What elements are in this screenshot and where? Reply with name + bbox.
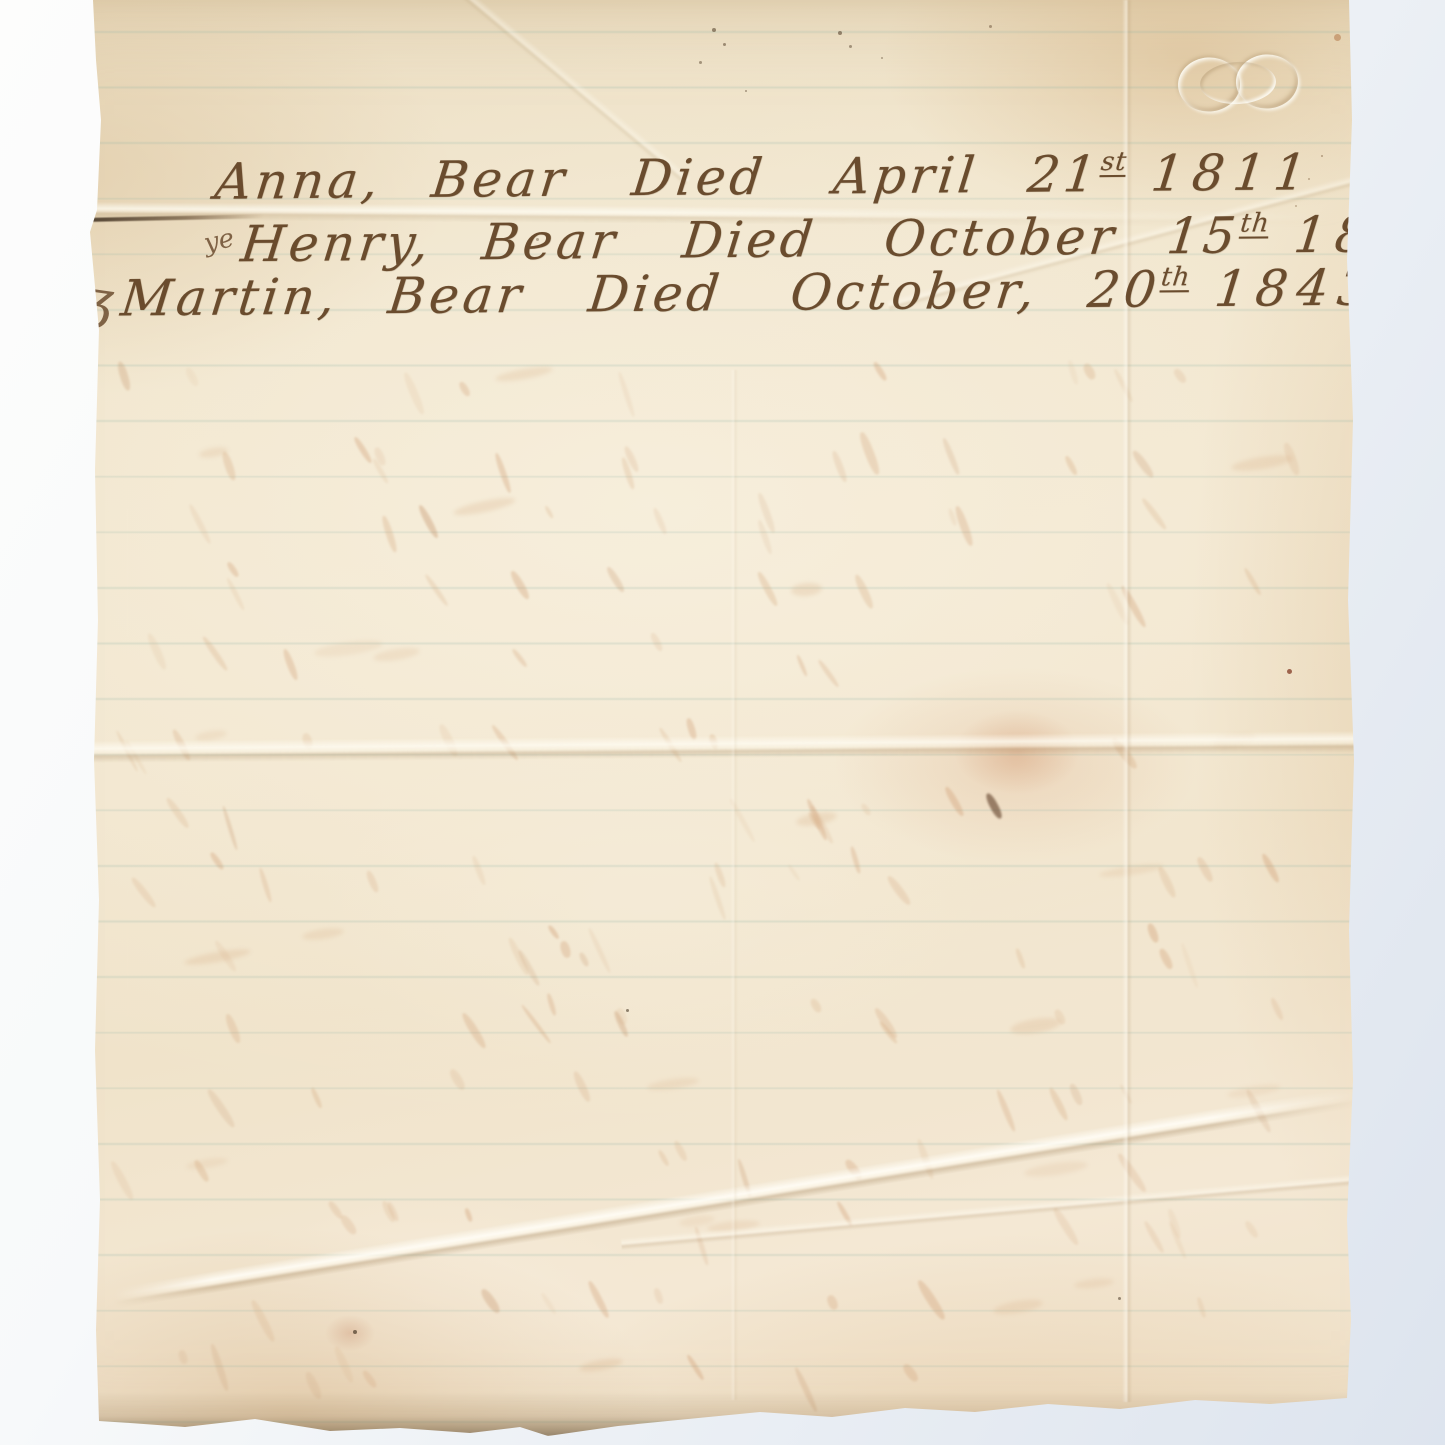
death-date: October 15: [881, 207, 1242, 268]
bleed-stroke: [1180, 942, 1200, 988]
bleed-stroke: [947, 508, 958, 527]
ink-speck: [723, 43, 726, 46]
bleed-stroke: [1269, 997, 1285, 1021]
bleed-stroke: [1196, 1297, 1207, 1319]
bleed-stroke: [825, 1294, 839, 1311]
bleed-stroke: [1068, 1082, 1085, 1106]
death-year: 1843: [1291, 205, 1445, 264]
bleed-stroke: [1140, 497, 1167, 530]
ink-speck: [849, 45, 852, 48]
bleed-stroke: [1064, 455, 1079, 476]
ink-speck: [745, 90, 747, 92]
bleed-stroke: [995, 1088, 1018, 1132]
bleed-stroke: [796, 654, 809, 677]
bleed-stroke: [915, 1278, 948, 1322]
bleed-stroke: [457, 380, 471, 397]
bleed-stroke: [872, 1006, 900, 1041]
bleed-stroke: [453, 495, 517, 519]
bleed-stroke: [686, 1354, 705, 1381]
bleed-stroke: [511, 648, 528, 668]
died-label: Died: [629, 148, 769, 207]
bleed-stroke: [647, 1075, 700, 1092]
bleed-stroke: [361, 1369, 378, 1389]
bleed-stroke: [809, 804, 835, 845]
bleed-stroke: [520, 1003, 552, 1044]
bleed-stroke: [380, 515, 398, 554]
bleed-stroke: [302, 926, 345, 942]
bleed-stroke: [448, 1067, 468, 1092]
bleed-stroke: [116, 360, 133, 391]
bleed-stroke: [327, 1200, 344, 1220]
bleed-stroke: [652, 507, 668, 535]
bleed-stroke: [853, 573, 876, 610]
bleed-stroke: [1244, 1088, 1272, 1133]
bleed-stroke: [417, 503, 441, 539]
bleed-stroke: [226, 561, 241, 579]
ink-speck: [989, 25, 992, 28]
bleed-stroke: [301, 732, 314, 750]
ordinal-superscript: st: [1099, 147, 1128, 177]
bleed-stroke: [941, 437, 961, 475]
bleed-stroke: [540, 1292, 558, 1315]
bleed-stroke: [213, 939, 239, 973]
death-year: 1811: [1148, 143, 1318, 202]
bleed-stroke: [201, 635, 229, 672]
bleed-stroke: [605, 565, 626, 593]
bleed-stroke: [756, 492, 777, 534]
died-label: Died: [586, 264, 726, 323]
bleed-stroke: [1157, 947, 1174, 970]
bleed-stroke: [578, 951, 590, 967]
bleed-stroke: [205, 1088, 236, 1129]
bleed-stroke: [1051, 1206, 1080, 1247]
death-date: April 21: [831, 145, 1103, 205]
bleed-stroke: [707, 1218, 761, 1233]
bleed-stroke: [1167, 1221, 1187, 1260]
diagonal-crease-secondary: [621, 1172, 1379, 1250]
bleed-stroke: [708, 733, 719, 749]
bleed-stroke: [1172, 367, 1188, 384]
bleed-stroke: [872, 361, 888, 381]
ink-speck: [1287, 669, 1292, 674]
bleed-stroke: [1230, 452, 1293, 474]
bleed-stroke: [1104, 582, 1130, 626]
vertical-fold-center: [730, 370, 738, 1400]
bleed-stroke: [177, 1349, 189, 1364]
bleed-stroke: [790, 582, 822, 598]
bleed-stroke: [338, 1214, 358, 1237]
bleed-stroke: [1142, 1220, 1165, 1254]
bleed-stroke: [578, 1356, 623, 1373]
bleed-stroke: [371, 458, 389, 485]
bleed-stroke: [708, 875, 728, 920]
bleed-stroke: [728, 798, 756, 843]
bleed-stroke: [124, 740, 147, 775]
bleed-stroke: [1081, 362, 1097, 381]
bleed-stroke: [1047, 1086, 1069, 1121]
bleed-stroke: [571, 1070, 593, 1104]
bleed-stroke: [1243, 1220, 1259, 1239]
bleed-stroke: [1156, 865, 1178, 899]
bleed-stroke: [108, 1160, 135, 1201]
bleed-stroke: [546, 993, 557, 1016]
died-label: Died: [679, 210, 819, 269]
ordinal-superscript: th: [1159, 262, 1192, 292]
bleed-stroke: [849, 846, 861, 874]
bleed-stroke: [622, 445, 641, 474]
bleed-stroke: [1243, 567, 1263, 596]
bleed-stroke: [992, 1297, 1043, 1318]
bleed-stroke: [809, 997, 824, 1014]
bleed-stroke: [843, 1158, 864, 1182]
bleed-stroke: [1146, 922, 1161, 943]
bleed-stroke: [678, 1214, 715, 1229]
bleed-stroke: [559, 940, 572, 959]
bleed-stroke: [186, 1156, 229, 1171]
bleed-stroke: [1211, 731, 1256, 751]
ink-speck: [838, 31, 842, 35]
bleed-stroke: [380, 1200, 397, 1223]
bleed-stroke: [1119, 1083, 1133, 1104]
bleed-stroke: [225, 577, 246, 611]
ink-speck: [1334, 34, 1341, 41]
bleed-stroke: [617, 371, 636, 417]
bleed-stroke: [1053, 1008, 1067, 1026]
bleed-stroke: [332, 1345, 355, 1384]
pen-flourish: ye: [201, 223, 237, 259]
bleed-stroke: [145, 632, 168, 671]
horizontal-crease-middle: [90, 731, 1355, 763]
bleed-stroke: [258, 867, 274, 903]
ink-speck: [1321, 155, 1323, 157]
death-date: October, 20: [787, 260, 1163, 321]
bleed-stroke: [653, 1287, 665, 1305]
bleed-stroke: [953, 505, 975, 547]
bleed-stroke: [1074, 1277, 1115, 1290]
photo-background: Anna, BearDiedApril 21st1811 ye Henry, B…: [0, 0, 1445, 1445]
bleed-stroke: [901, 1362, 920, 1383]
record-name: Martin, Bear: [118, 266, 528, 328]
bleed-stroke: [495, 364, 554, 384]
bleed-stroke: [1113, 368, 1135, 403]
bleed-stroke: [1227, 1082, 1282, 1100]
bleed-stroke: [857, 431, 881, 476]
ordinal-superscript: th: [1239, 208, 1272, 238]
ink-speck: [1118, 1297, 1121, 1300]
bleed-stroke: [787, 864, 801, 882]
bleed-stroke: [943, 786, 965, 818]
bleed-stroke: [184, 946, 252, 967]
record-name: Anna, Bear: [212, 150, 571, 211]
bleed-stroke: [310, 1087, 323, 1109]
record-line-anna: Anna, BearDiedApril 21st1811: [212, 143, 1318, 211]
bleed-stroke: [424, 573, 450, 607]
bleed-stroke: [493, 452, 512, 493]
bleed-stroke: [372, 645, 420, 663]
bleed-stroke: [209, 1343, 231, 1391]
bleed-stroke: [1009, 1015, 1062, 1037]
bleed-stroke: [402, 371, 427, 415]
bleed-stroke: [460, 1011, 489, 1050]
bleed-stroke: [544, 505, 555, 519]
bleed-stroke: [313, 637, 383, 659]
bleed-stroke: [490, 723, 521, 762]
bleed-stroke: [194, 729, 227, 743]
ink-speck: [712, 28, 716, 32]
bleed-stroke: [187, 503, 213, 545]
bleed-stroke: [836, 1201, 854, 1227]
bleed-stroke: [657, 1149, 671, 1167]
bleed-stroke: [1023, 1159, 1088, 1180]
bleed-stroke: [672, 1140, 688, 1162]
bleed-stroke: [386, 1201, 401, 1223]
ink-speck: [881, 57, 883, 59]
bleed-stroke: [756, 571, 780, 607]
record-name: Henry, Bear: [238, 212, 622, 273]
bleed-stroke: [915, 1138, 935, 1180]
bleed-stroke: [1014, 948, 1026, 970]
bleed-stroke: [1116, 1152, 1148, 1194]
bleed-stroke: [1119, 584, 1148, 628]
bleed-stroke: [164, 796, 190, 829]
bleed-stroke: [807, 811, 822, 830]
bleed-stroke: [885, 874, 912, 907]
bleed-stroke: [479, 1287, 502, 1315]
ink-speck: [353, 1330, 357, 1334]
pen-flourish: ʒ: [80, 268, 117, 332]
torn-bottom-edge-shading: [88, 1392, 1356, 1436]
bleed-stroke: [471, 855, 488, 886]
bleed-stroke: [713, 862, 728, 889]
bleed-stroke: [1195, 856, 1214, 883]
bleed-stroke: [171, 728, 192, 761]
bleed-stroke: [984, 792, 1004, 820]
bleed-stroke: [198, 446, 228, 460]
paper-sheet: Anna, BearDiedApril 21st1811 ye Henry, B…: [0, 0, 1445, 1445]
bleed-stroke: [736, 1158, 753, 1198]
bleed-stroke: [614, 1007, 628, 1026]
bleed-stroke: [373, 446, 387, 467]
bleed-stroke: [192, 1159, 210, 1183]
bleed-stroke: [221, 805, 238, 850]
ink-speck: [626, 1009, 629, 1012]
bleed-stroke: [437, 723, 460, 758]
bleed-stroke: [878, 1020, 899, 1045]
bleed-stroke: [1099, 862, 1165, 880]
bleed-stroke: [1067, 360, 1080, 385]
bleed-stroke: [547, 924, 561, 940]
bleed-stroke: [1282, 441, 1302, 476]
bleed-stroke: [1110, 736, 1140, 771]
death-year: 1843: [1212, 259, 1382, 318]
bleed-stroke: [509, 569, 532, 601]
bleed-stroke: [1260, 852, 1281, 884]
bleed-stroke: [756, 519, 774, 555]
ink-speck: [699, 61, 702, 64]
bleed-stroke: [795, 810, 837, 829]
bleed-stroke: [693, 1226, 709, 1265]
bleed-stroke: [352, 436, 373, 465]
bleed-stroke: [587, 927, 612, 973]
bleed-stroke: [817, 659, 840, 689]
bleed-stroke: [281, 648, 300, 681]
bleed-stroke: [620, 457, 635, 490]
bleed-stroke: [464, 1208, 473, 1222]
bleed-stroke: [805, 798, 829, 842]
bleed-stroke: [209, 851, 225, 871]
bleed-stroke: [612, 1010, 629, 1037]
bleed-stroke: [220, 451, 237, 482]
left-edge-tear: [92, 214, 264, 222]
bleed-stroke: [685, 718, 698, 741]
bleed-stroke: [130, 876, 158, 909]
record-line-martin: Martin, BearDiedOctober, 20th1843: [118, 259, 1382, 328]
bleed-stroke: [506, 937, 530, 976]
bleed-stroke: [586, 1280, 611, 1319]
bleed-stroke: [860, 802, 872, 816]
bleed-stroke: [224, 1013, 243, 1045]
bleed-stroke: [517, 949, 541, 987]
bleed-stroke: [830, 450, 848, 483]
bleed-stroke: [249, 1299, 277, 1343]
bleed-stroke: [115, 730, 140, 773]
bleed-stroke: [1166, 1208, 1183, 1240]
diagonal-crease-main: [111, 1085, 1363, 1309]
bleed-stroke: [365, 870, 381, 894]
bleed-stroke: [1130, 449, 1155, 480]
bleed-stroke: [184, 366, 200, 387]
embossed-seal: [1176, 45, 1299, 121]
bleed-stroke: [649, 631, 664, 652]
bleed-stroke: [658, 727, 683, 763]
